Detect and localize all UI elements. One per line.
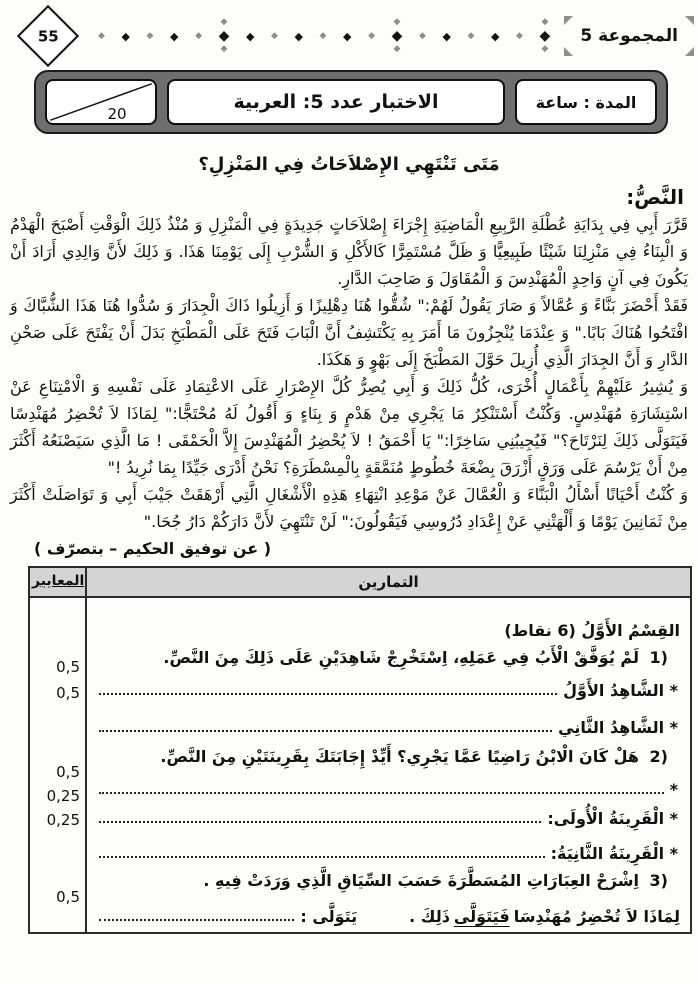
diamond-icon: ◆: [468, 32, 475, 41]
mark-value: 0,25: [47, 811, 80, 829]
mark-value: 0,25: [47, 787, 80, 805]
diamond-icon: ◆: [442, 31, 450, 42]
top-decoration-strip: 55 ◆◆◆◆◆◆◆◆◆◆◆◆◆◆◆◆◆◆◆ المجموعة 5: [0, 0, 698, 62]
paragraph: وَ كُنْتُ أَحْيَانًا أَسْأَلُ الْبَنَّاء…: [10, 481, 688, 535]
mark-value: 0,5: [56, 658, 80, 676]
score-box: 20: [45, 79, 157, 125]
diamond-icon: ◆: [147, 32, 154, 41]
diamond-icon: ◆: [271, 32, 278, 41]
answer-line-witness-2: * الشَّاهِدُ الثَّانِي: [95, 708, 680, 737]
expression-line: لِمَاذَا لاَ تُحْضِرُ مُهَنْدِسَا فَيَتَ…: [95, 896, 680, 926]
question-3: 3) اِشْرَحْ العِبَارَاتِ المُسَطَّرَةَ ح…: [95, 867, 680, 894]
mark-value: 0,5: [56, 684, 80, 702]
corner-decoration-icon: [685, 16, 694, 25]
dotted-answer-line: [99, 730, 552, 732]
corner-decoration-icon: [564, 47, 573, 56]
mark-value: 0,5: [56, 888, 80, 906]
corner-decoration-icon: [685, 47, 694, 56]
paragraph: وَ يُشِيرُ عَلَيْهِمْ بِأَعْمَالٍ أُخْرَ…: [10, 373, 688, 481]
expression-pre: لِمَاذَا لاَ تُحْضِرُ مُهَنْدِسَا: [514, 907, 680, 926]
exercises-content: القِسْمُ الأَوَّلُ (6 نقاط) 1) لَمْ يُوَ…: [87, 598, 690, 932]
answer-label: * الْقَرِينَةُ الْأُولَى:: [547, 809, 678, 828]
diamond-icon: ◆: [368, 32, 375, 41]
term-to-explain: يَتَوَلَّى :: [300, 907, 357, 926]
underlined-word: فَيَتَوَلَّى: [454, 907, 510, 926]
group-label-text: المجموعة 5: [580, 26, 678, 46]
mark-value: 0,5: [56, 763, 80, 781]
diamond-icon: ◆: [219, 29, 230, 43]
diamond-icon: ◆: [122, 31, 130, 42]
expression-post: ذَلِكَ .: [409, 907, 450, 926]
question-number: 3): [650, 867, 668, 894]
section-title: القِسْمُ الأَوَّلُ (6 نقاط): [95, 618, 680, 644]
answer-line-qarina-1: * الْقَرِينَةُ الْأُولَى:: [95, 799, 680, 828]
table-header-row: المعايير التمارين: [30, 568, 690, 598]
question-1: 1) لَمْ يُوَفَّقْ الْأَبُ فِي عَمَلِهِ، …: [95, 644, 680, 671]
answer-label: * الشَّاهِدُ الأَوَّلُ: [563, 681, 678, 700]
text-title: مَتَى تَنْتَهِي الإِصْلاَحَاتُ فِي المَن…: [0, 154, 698, 175]
diamond-icon: ◆: [246, 31, 254, 42]
dotted-answer-line: [99, 792, 664, 794]
paragraph: فَقَدْ أَحْضَرَ بَنَّاءً وَ عُمَّالاً وَ…: [10, 292, 688, 373]
text-label: النَّصُّ:: [0, 185, 684, 209]
attribution: ( عن توفيق الحكيم – بتصرّف ): [34, 539, 698, 558]
diamond-divider: ◆◆◆◆◆◆◆◆◆◆◆◆◆◆◆◆◆◆◆: [80, 29, 564, 43]
total-score: 20: [107, 105, 126, 123]
page-number-badge: 55: [17, 5, 79, 67]
exam-header-bar: المدة : ساعة الاختبار عدد 5: العربية 20: [34, 70, 668, 134]
score-slash-icon: [47, 81, 155, 123]
answer-line-blank: *: [95, 770, 680, 799]
corner-decoration-icon: [564, 16, 573, 25]
question-2: 2) هَلْ كَانَ الْابْنُ رَاضِيًا عَمَّا ي…: [95, 743, 680, 770]
criteria-column: 0,5 0,5 0,5 0,25 0,25 0,5: [30, 598, 87, 932]
question-text: اِشْرَحْ العِبَارَاتِ المُسَطَّرَةَ حَسَ…: [203, 871, 639, 890]
answer-line-qarina-2: * الْقَرِينَةُ الثَّانِيَةُ:: [95, 834, 680, 863]
criteria-column-header: المعايير: [30, 568, 87, 596]
table-body: 0,5 0,5 0,5 0,25 0,25 0,5 القِسْمُ الأَو…: [30, 598, 690, 932]
question-number: 2): [650, 743, 668, 770]
diamond-icon: ◆: [98, 32, 105, 41]
diamond-icon: ◆: [343, 31, 351, 42]
diamond-icon: ◆: [295, 31, 303, 42]
exam-page: 55 ◆◆◆◆◆◆◆◆◆◆◆◆◆◆◆◆◆◆◆ المجموعة 5 المدة …: [0, 0, 698, 984]
diamond-icon: ◆: [516, 32, 523, 41]
exam-title-box: الاختبار عدد 5: العربية: [167, 79, 505, 125]
page-number: 55: [38, 27, 59, 45]
duration-label: المدة : ساعة: [536, 93, 637, 112]
reading-text: قَرَّرَ أَبِي فِي بِدَايَةِ عُطْلَةِ الر…: [10, 211, 688, 535]
exercises-table: المعايير التمارين 0,5 0,5 0,5 0,25 0,25 …: [28, 566, 692, 934]
diamond-icon: ◆: [392, 29, 403, 43]
question-text: هَلْ كَانَ الْابْنُ رَاضِيًا عَمَّا يَجْ…: [160, 747, 639, 766]
answer-line-witness-1: * الشَّاهِدُ الأَوَّلُ: [95, 671, 680, 700]
dotted-answer-line: [99, 856, 545, 858]
exam-title: الاختبار عدد 5: العربية: [234, 91, 439, 113]
diamond-icon: ◆: [491, 31, 499, 42]
diamond-icon: ◆: [540, 29, 551, 43]
diamond-icon: ◆: [320, 32, 327, 41]
diamond-icon: ◆: [170, 31, 178, 42]
dotted-answer-line: [99, 919, 294, 921]
answer-label: * الشَّاهِدُ الثَّانِي: [558, 718, 678, 737]
group-label: المجموعة 5: [564, 16, 694, 56]
answer-label: *: [670, 780, 678, 799]
dotted-answer-line: [99, 693, 557, 695]
question-number: 1): [650, 644, 668, 671]
answer-label: * الْقَرِينَةُ الثَّانِيَةُ:: [551, 844, 678, 863]
diamond-icon: ◆: [419, 32, 426, 41]
diamond-icon: ◆: [195, 32, 202, 41]
duration-box: المدة : ساعة: [515, 79, 657, 125]
exercises-column-header: التمارين: [87, 568, 690, 596]
dotted-answer-line: [99, 821, 541, 823]
question-text: لَمْ يُوَفَّقْ الْأَبُ فِي عَمَلِهِ، اِس…: [163, 648, 639, 667]
paragraph: قَرَّرَ أَبِي فِي بِدَايَةِ عُطْلَةِ الر…: [10, 211, 688, 292]
